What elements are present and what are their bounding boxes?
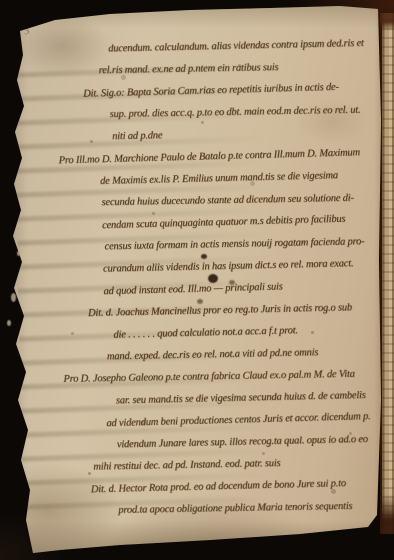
paper-fiber bbox=[11, 293, 16, 302]
ink-blots bbox=[201, 254, 207, 259]
handwritten-line: prod.ta apoca obligatione publica Maria … bbox=[46, 495, 392, 523]
handwritten-text-block: ducendum. calculandum. alias videndas co… bbox=[36, 32, 392, 523]
manuscript-page: 3 ducendum. calculandum. alias videndas … bbox=[0, 0, 394, 560]
corner-mark: 3 bbox=[22, 24, 31, 37]
paper-fiber bbox=[7, 320, 11, 326]
paper-fiber bbox=[17, 251, 20, 256]
manuscript-photo: 3 ducendum. calculandum. alias videndas … bbox=[0, 0, 394, 560]
book-fore-edge bbox=[380, 13, 394, 534]
paper-speckles bbox=[0, 0, 3, 3]
